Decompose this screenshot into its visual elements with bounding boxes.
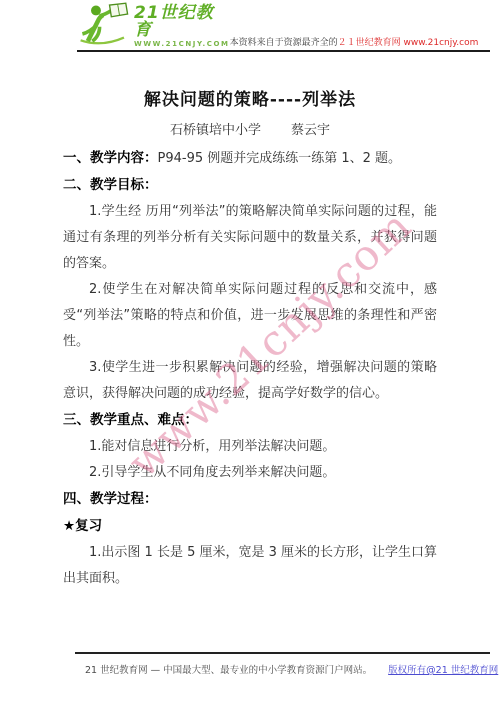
document-content: 解决问题的策略----列举法 石桥镇培中小学蔡云宇 一、教学内容：P94-95 …	[0, 88, 500, 592]
section-3-paragraph: 2.引导学生从不同角度去列举来解决问题。	[63, 460, 437, 486]
section-1-line: 一、教学内容：P94-95 例题并完成练练一练第 1、2 题。	[63, 145, 437, 172]
section-3-heading: 三、教学重点、难点：	[63, 412, 198, 428]
logo-brand-text: 21世纪教育	[134, 5, 230, 39]
author-name: 蔡云宇	[291, 123, 330, 138]
section-2-paragraph: 3.使学生进一步积累解决问题的经验，增强解决问题的策略意识，获得解决问题的成功经…	[63, 355, 437, 407]
review-paragraph: 1.出示图 1 长是 5 厘米，宽是 3 厘米的长方形，让学生口算出其面积。	[63, 540, 437, 592]
notice-prefix: 本资料来自于资源最齐全的	[230, 38, 338, 48]
notice-url: www.21cnjy.com	[404, 38, 479, 48]
footer-site-description: 21 世纪教育网 — 中国最大型、最专业的中小学教育资源门户网站。	[85, 662, 372, 676]
section-2-heading: 二、教学目标：	[63, 177, 158, 193]
notice-brand: ２１世纪教育网	[338, 38, 401, 48]
section-2-paragraph: 1.学生经 历用“列举法”的策略解决简单实际问题的过程，能通过有条理的列举分析有…	[63, 199, 437, 277]
logo-site-url: WWW.21CNJY.COM	[134, 41, 230, 48]
review-heading: ★复习	[63, 518, 102, 534]
section-3-paragraph: 1.能对信息进行分析，用列举法解决问题。	[63, 434, 437, 460]
document-page: 21世纪教育 WWW.21CNJY.COM 本资料来自于资源最齐全的２１世纪教育…	[0, 0, 500, 707]
section-4-heading: 四、教学过程：	[63, 491, 158, 507]
review-heading-line: ★复习	[63, 513, 437, 540]
page-title: 解决问题的策略----列举法	[63, 88, 437, 112]
section-4-heading-line: 四、教学过程：	[63, 486, 437, 513]
page-header: 21世纪教育 WWW.21CNJY.COM 本资料来自于资源最齐全的２１世纪教育…	[77, 4, 490, 52]
page-footer: 21 世纪教育网 — 中国最大型、最专业的中小学教育资源门户网站。 版权所有@2…	[75, 652, 490, 676]
site-logo[interactable]: 21世纪教育 WWW.21CNJY.COM	[77, 2, 230, 50]
section-1-text: P94-95 例题并完成练练一练第 1、2 题。	[158, 151, 402, 166]
section-1-heading: 一、教学内容：	[63, 150, 158, 166]
header-notice: 本资料来自于资源最齐全的２１世纪教育网 www.21cnjy.com	[230, 35, 479, 50]
running-figure-book-icon	[77, 2, 133, 50]
author-line: 石桥镇培中小学蔡云宇	[63, 123, 437, 139]
footer-copyright-link[interactable]: 版权所有@21 世纪教育网	[388, 662, 498, 676]
author-school: 石桥镇培中小学	[170, 123, 261, 138]
section-3-heading-line: 三、教学重点、难点：	[63, 407, 437, 434]
document-body: 一、教学内容：P94-95 例题并完成练练一练第 1、2 题。 二、教学目标： …	[63, 145, 437, 592]
section-2-heading-line: 二、教学目标：	[63, 172, 437, 199]
section-2-paragraph: 2.使学生在对解决简单实际问题过程的反思和交流中，感受“列举法”策略的特点和价值…	[63, 277, 437, 355]
